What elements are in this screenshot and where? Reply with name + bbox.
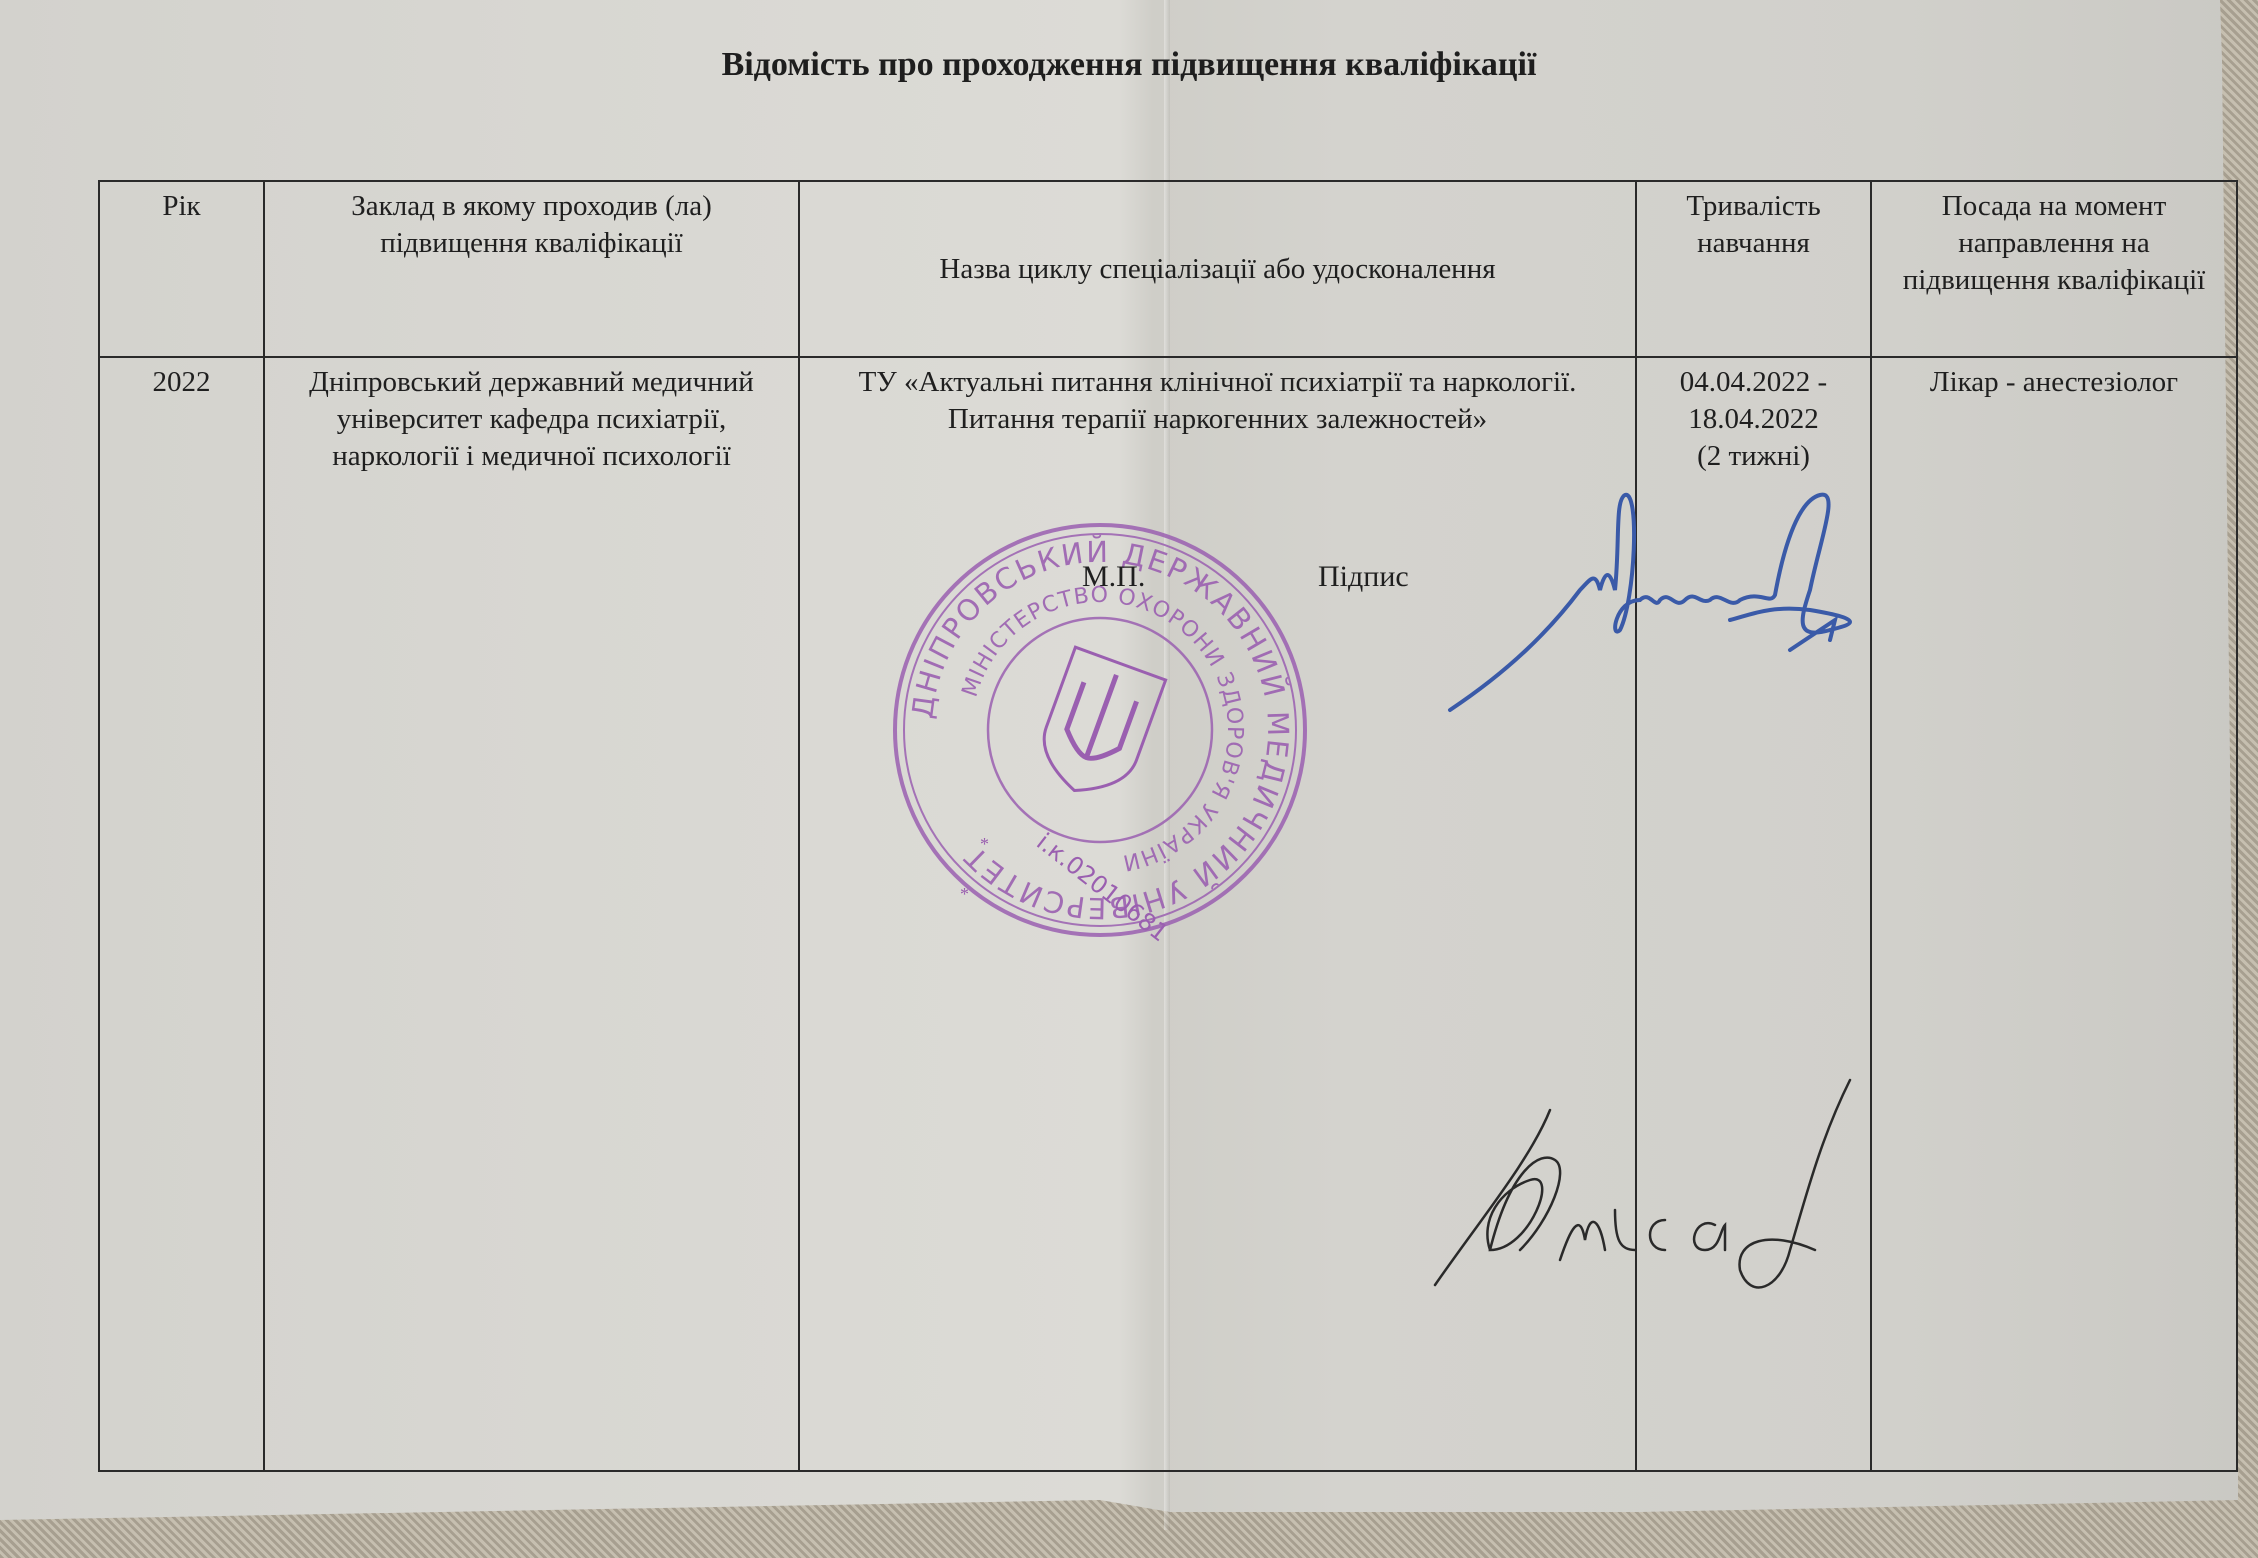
svg-text:*: * [980,834,989,854]
table-header-row: Рік Заклад в якому проходив (ла) підвище… [99,181,2237,357]
col-header-course: Назва циклу спеціалізації або удосконале… [799,181,1636,357]
col-header-position: Посада на момент направлення на підвищен… [1871,181,2237,357]
duration-start: 04.04.2022 - [1647,364,1860,401]
col-header-year: Рік [99,181,264,357]
signature-label: Підпис [1318,560,1409,594]
cell-position: Лікар - анестезіолог [1871,357,2237,1471]
seal-label: М.П. [1082,560,1145,594]
document-title: Відомість про проходження підвищення ква… [0,46,2258,84]
svg-text:МІНІСТЕРСТВО ОХОРОНИ ЗДОРОВ'Я: МІНІСТЕРСТВО ОХОРОНИ ЗДОРОВ'Я УКРАЇНИ [958,583,1248,875]
col-header-institution: Заклад в якому проходив (ла) підвищення … [264,181,799,357]
cell-institution: Дніпровський державний медичний універси… [264,357,799,1471]
stamp-inner-text: МІНІСТЕРСТВО ОХОРОНИ ЗДОРОВ'Я УКРАЇНИ [958,583,1248,875]
col-header-duration: Тривалість навчання [1636,181,1871,357]
cell-year: 2022 [99,357,264,1471]
svg-text:*: * [960,884,969,904]
trident-emblem-icon [1029,647,1165,807]
duration-end: 18.04.2022 [1647,401,1860,438]
duration-length: (2 тижні) [1647,438,1860,475]
cell-duration: 04.04.2022 - 18.04.2022 (2 тижні) [1636,357,1871,1471]
